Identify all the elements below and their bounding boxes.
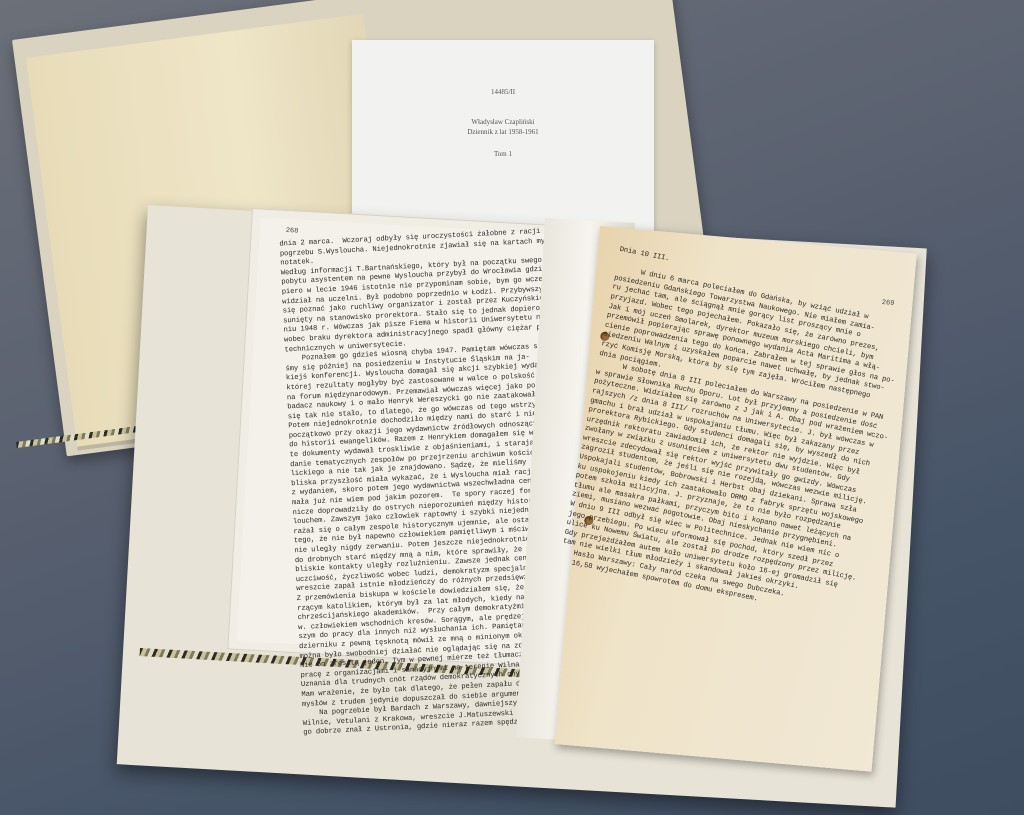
typed-page-right: 269 Dnia 10 III. W dniu 6 marca poleciał…	[555, 226, 917, 772]
document-title: Dziennik z lat 1958-1961	[352, 128, 654, 136]
author-name: Władysław Czapliński	[352, 118, 654, 126]
typed-text-right: Dnia 10 III. W dniu 6 marca poleciałem d…	[558, 246, 914, 623]
page-number-left: 268	[286, 227, 299, 236]
volume-label: Tom 1	[352, 150, 654, 158]
catalog-reference: 14485/II	[352, 88, 654, 96]
